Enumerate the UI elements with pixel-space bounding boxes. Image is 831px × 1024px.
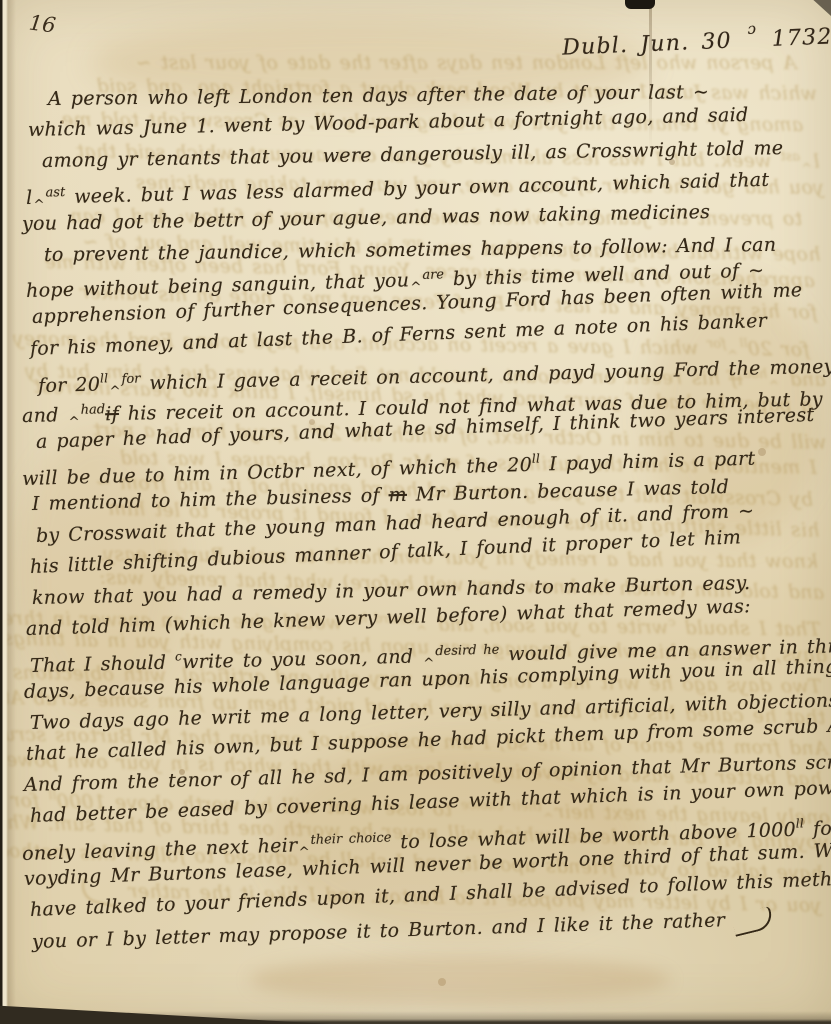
dateline: Dubl. Jun. 30 ɔ 1732 xyxy=(561,16,831,60)
inserted-word: are xyxy=(422,267,444,283)
top-edge-dark-mark xyxy=(625,0,655,9)
left-page-edge xyxy=(0,0,16,1024)
top-right-corner-shadow xyxy=(809,0,831,16)
paper-sheet: A person who left London ten days after … xyxy=(0,0,831,1024)
dateline-date: Jun. 30 xyxy=(640,29,733,58)
end-flourish-mark xyxy=(731,906,775,937)
inserted-word: desird he xyxy=(435,643,499,660)
dateline-place: Dubl. xyxy=(562,33,629,61)
superscript-abbreviation: ll xyxy=(100,371,109,385)
inserted-word: for xyxy=(121,371,140,386)
scan-background: { "document": { "type": "handwritten-let… xyxy=(0,0,831,1024)
letter-body: A person who left London ten days after … xyxy=(18,84,829,957)
dateline-superscript-mark: ɔ xyxy=(747,19,757,37)
struck-out-word: if xyxy=(105,403,119,425)
inserted-word: their choice xyxy=(310,830,391,848)
inserted-word: ast xyxy=(45,185,65,200)
struck-out-word: m xyxy=(388,484,407,506)
page-number: 16 xyxy=(28,10,57,37)
letter-text: l xyxy=(26,186,33,208)
dateline-year: 1732 xyxy=(771,24,831,52)
ghost-letter-text: A person who left London ten days after … xyxy=(135,52,796,74)
letter-text: for 20 xyxy=(38,373,101,397)
paper-stain xyxy=(250,955,670,1005)
inserted-word: had xyxy=(80,402,105,418)
letter-text: and xyxy=(22,404,68,427)
fold-crease xyxy=(649,0,652,150)
